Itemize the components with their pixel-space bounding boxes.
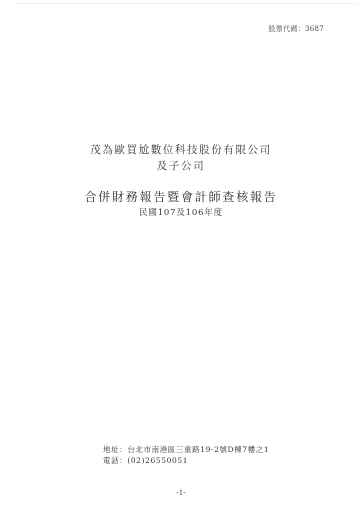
- scan-edge: [12, 0, 357, 4]
- stock-code-value: 3687: [305, 25, 324, 33]
- report-title: 合併財務報告暨會計師查核報告: [0, 190, 362, 205]
- stock-code: 股票代碼：3687: [268, 24, 324, 34]
- address-value: 台北市南港區三重路19-2號D棟7樓之1: [127, 445, 269, 454]
- company-block: 茂為歐買尬數位科技股份有限公司 及子公司: [0, 143, 362, 173]
- company-subsidiaries: 及子公司: [0, 159, 362, 173]
- contact-block: 地址：台北市南港區三重路19-2號D棟7樓之1 電話：(02)26550051: [103, 444, 269, 466]
- phone-label: 電話：: [103, 456, 127, 465]
- address-row: 地址：台北市南港區三重路19-2號D棟7樓之1: [103, 444, 269, 455]
- page-number: -1-: [0, 489, 362, 497]
- stock-code-label: 股票代碼：: [268, 25, 305, 33]
- phone-value: (02)26550051: [127, 456, 188, 465]
- report-period: 民國107及106年度: [0, 208, 362, 219]
- company-name: 茂為歐買尬數位科技股份有限公司: [0, 143, 362, 157]
- report-block: 合併財務報告暨會計師查核報告 民國107及106年度: [0, 190, 362, 219]
- address-label: 地址：: [103, 445, 127, 454]
- phone-row: 電話：(02)26550051: [103, 455, 269, 466]
- document-page: 股票代碼：3687 茂為歐買尬數位科技股份有限公司 及子公司 合併財務報告暨會計…: [0, 0, 362, 512]
